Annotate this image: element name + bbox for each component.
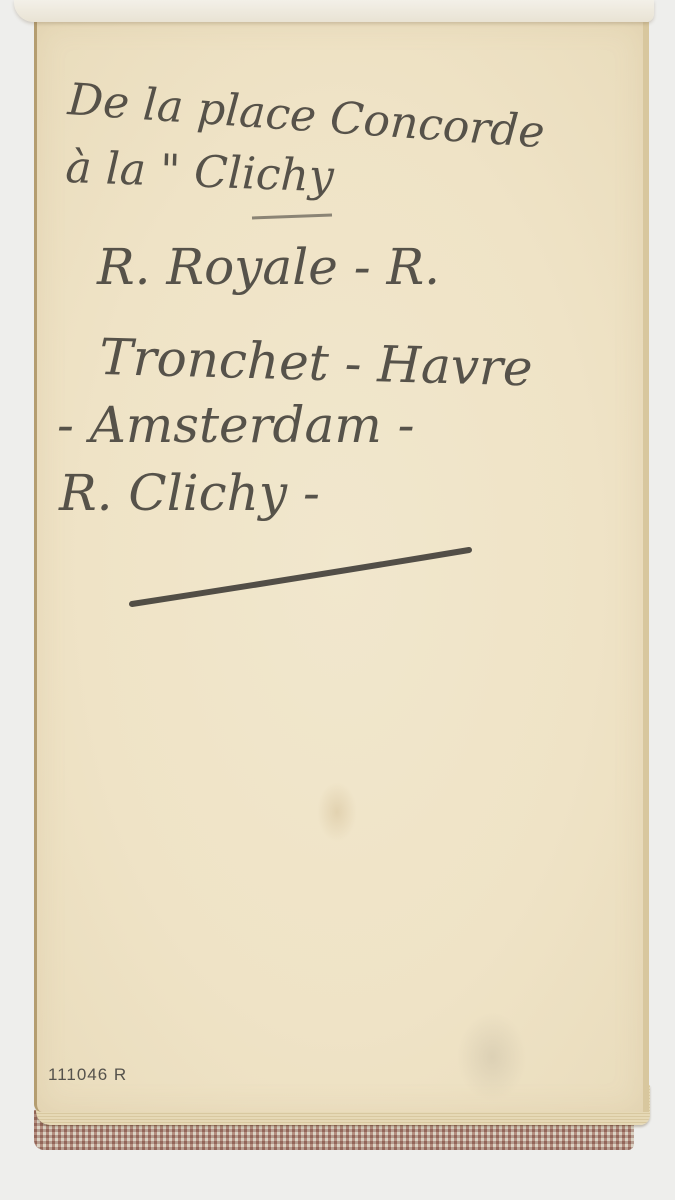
handwritten-line-3: R. Royale - R. [96,238,440,296]
handwritten-line-5: - Amsterdam - [57,396,415,454]
short-dash [252,215,332,218]
handwritten-line-2: à la " Clichy [65,142,336,202]
notebook-page: De la place Concorde à la " Clichy R. Ro… [34,22,649,1112]
handwritten-line-4: Tronchet - Havre [99,328,534,397]
top-page-edge [14,0,654,22]
underline-stroke [132,550,469,604]
handwriting: De la place Concorde à la " Clichy R. Ro… [37,22,643,1112]
catalog-number: 111046 R [48,1065,127,1085]
handwritten-line-6: R. Clichy - [58,464,320,522]
